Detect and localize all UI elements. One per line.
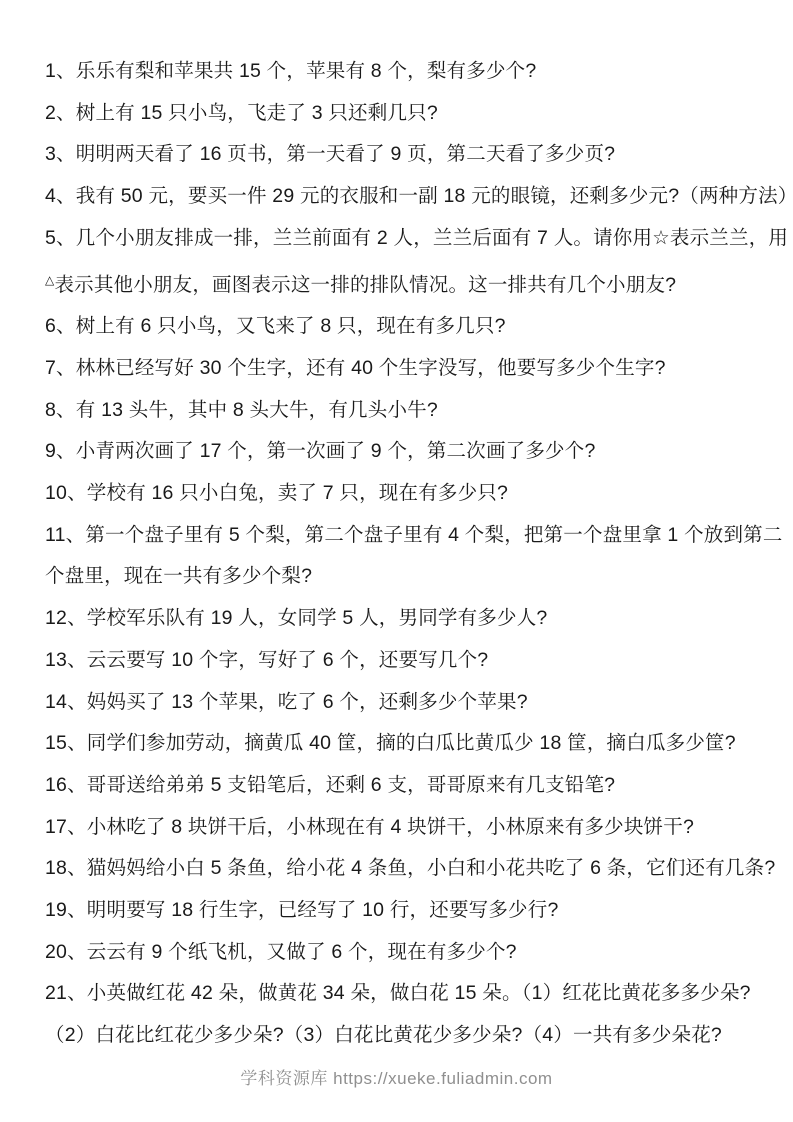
question-20: 20、云云有 9 个纸飞机，又做了 6 个，现在有多少个? [45,932,750,974]
question-19: 19、明明要写 18 行生字，已经写了 10 行，还要写多少行? [45,890,750,932]
question-13: 13、云云要写 10 个字，写好了 6 个，还要写几个? [45,640,750,682]
question-6: 6、树上有 6 只小鸟，又飞来了 8 只，现在有多几只? [45,306,750,348]
question-18: 18、猫妈妈给小白 5 条鱼，给小花 4 条鱼，小白和小花共吃了 6 条，它们还… [45,848,750,890]
question-2: 2、树上有 15 只小鸟，飞走了 3 只还剩几只? [45,93,750,135]
question-11: 11、第一个盘子里有 5 个梨，第二个盘子里有 4 个梨，把第一个盘里拿 1 个… [45,515,750,557]
question-5-continued: △表示其他小朋友，画图表示这一排的排队情况。这一排共有几个小朋友? [45,260,750,307]
question-7: 7、林林已经写好 30 个生字，还有 40 个生字没写，他要写多少个生字? [45,348,750,390]
question-4: 4、我有 50 元，要买一件 29 元的衣服和一副 18 元的眼镜，还剩多少元?… [45,176,750,218]
question-12: 12、学校军乐队有 19 人，女同学 5 人，男同学有多少人? [45,598,750,640]
problem-list: 1、乐乐有梨和苹果共 15 个，苹果有 8 个，梨有多少个? 2、树上有 15 … [45,51,750,1057]
question-11-continued: 个盘里，现在一共有多少个梨? [45,556,750,598]
question-5-continued-text: 表示其他小朋友，画图表示这一排的排队情况。这一排共有几个小朋友? [54,274,676,296]
document-page: 1、乐乐有梨和苹果共 15 个，苹果有 8 个，梨有多少个? 2、树上有 15 … [0,0,793,1122]
watermark: 学科资源库 https://xueke.fuliadmin.com [0,1066,793,1092]
question-1: 1、乐乐有梨和苹果共 15 个，苹果有 8 个，梨有多少个? [45,51,750,93]
question-17: 17、小林吃了 8 块饼干后，小林现在有 4 块饼干，小林原来有多少块饼干? [45,807,750,849]
question-16: 16、哥哥送给弟弟 5 支铅笔后，还剩 6 支，哥哥原来有几支铅笔? [45,765,750,807]
question-9: 9、小青两次画了 17 个，第一次画了 9 个，第二次画了多少个? [45,431,750,473]
question-10: 10、学校有 16 只小白兔，卖了 7 只，现在有多少只? [45,473,750,515]
question-21-continued: （2）白花比红花少多少朵?（3）白花比黄花少多少朵?（4）一共有多少朵花? [45,1015,750,1057]
question-8: 8、有 13 头牛，其中 8 头大牛，有几头小牛? [45,390,750,432]
question-5: 5、几个小朋友排成一排，兰兰前面有 2 人，兰兰后面有 7 人。请你用☆表示兰兰… [45,218,750,260]
question-15: 15、同学们参加劳动，摘黄瓜 40 筐，摘的白瓜比黄瓜少 18 筐，摘白瓜多少筐… [45,723,750,765]
question-21: 21、小英做红花 42 朵，做黄花 34 朵，做白花 15 朵。（1）红花比黄花… [45,973,750,1015]
question-14: 14、妈妈买了 13 个苹果，吃了 6 个，还剩多少个苹果? [45,682,750,724]
question-3: 3、明明两天看了 16 页书，第一天看了 9 页，第二天看了多少页? [45,134,750,176]
